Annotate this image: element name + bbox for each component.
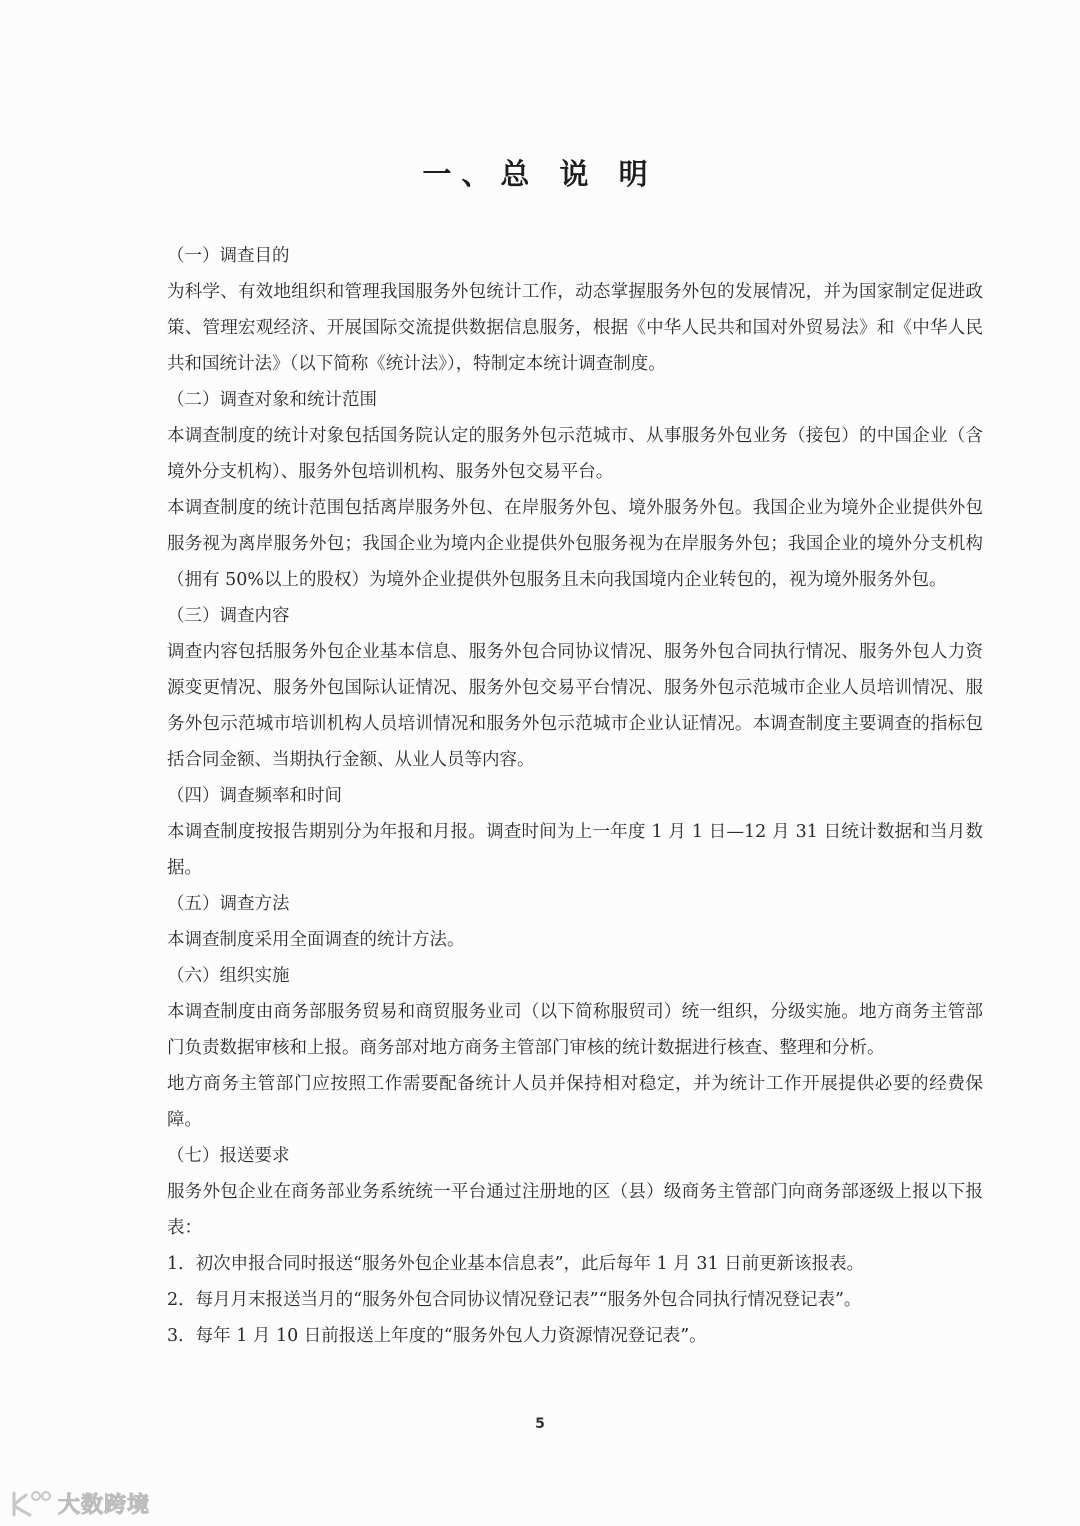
section-paragraph: 地方商务主管部门应按照工作需要配备统计人员并保持相对稳定，并为统计工作开展提供必… (145, 1066, 983, 1138)
section-paragraph: 本调查制度的统计对象包括国务院认定的服务外包示范城市、从事服务外包业务（接包）的… (145, 418, 983, 490)
section-heading-method: （五）调查方法 (167, 886, 983, 922)
list-item: 1．初次申报合同时报送“服务外包企业基本信息表”，此后每年 1 月 31 日前更… (167, 1246, 983, 1282)
section-paragraph: 本调查制度采用全面调查的统计方法。 (145, 922, 983, 958)
section-heading-scope: （二）调查对象和统计范围 (167, 382, 983, 418)
section-paragraph: 本调查制度的统计范围包括离岸服务外包、在岸服务外包、境外服务外包。我国企业为境外… (145, 490, 983, 598)
page-title: 一、总 说 明 (0, 152, 1080, 193)
list-item: 2．每月月末报送当月的“服务外包合同协议情况登记表”“服务外包合同执行情况登记表… (167, 1282, 983, 1318)
document-page: 一、总 说 明 （一）调查目的 为科学、有效地组织和管理我国服务外包统计工作，动… (0, 0, 1080, 1526)
section-paragraph: 本调查制度由商务部服务贸易和商贸服务业司（以下简称服贸司）统一组织，分级实施。地… (145, 994, 983, 1066)
watermark: 大数跨境 (10, 1488, 150, 1519)
section-heading-reporting: （七）报送要求 (167, 1138, 983, 1174)
section-heading-content: （三）调查内容 (167, 598, 983, 634)
section-heading-purpose: （一）调查目的 (167, 238, 983, 274)
section-paragraph: 为科学、有效地组织和管理我国服务外包统计工作，动态掌握服务外包的发展情况，并为国… (145, 274, 983, 382)
section-paragraph: 调查内容包括服务外包企业基本信息、服务外包合同协议情况、服务外包合同执行情况、服… (145, 634, 983, 778)
page-number: 5 (0, 1416, 1080, 1432)
list-item: 3．每年 1 月 10 日前报送上年度的“服务外包人力资源情况登记表”。 (167, 1318, 983, 1354)
section-paragraph: 服务外包企业在商务部业务系统统一平台通过注册地的区（县）级商务主管部门向商务部逐… (145, 1174, 983, 1246)
brand-logo-icon (10, 1489, 54, 1519)
section-heading-frequency: （四）调查频率和时间 (167, 778, 983, 814)
watermark-text: 大数跨境 (58, 1488, 150, 1519)
section-paragraph: 本调查制度按报告期别分为年报和月报。调查时间为上一年度 1 月 1 日—12 月… (145, 814, 983, 886)
section-heading-organization: （六）组织实施 (167, 958, 983, 994)
document-body: （一）调查目的 为科学、有效地组织和管理我国服务外包统计工作，动态掌握服务外包的… (167, 238, 983, 1354)
